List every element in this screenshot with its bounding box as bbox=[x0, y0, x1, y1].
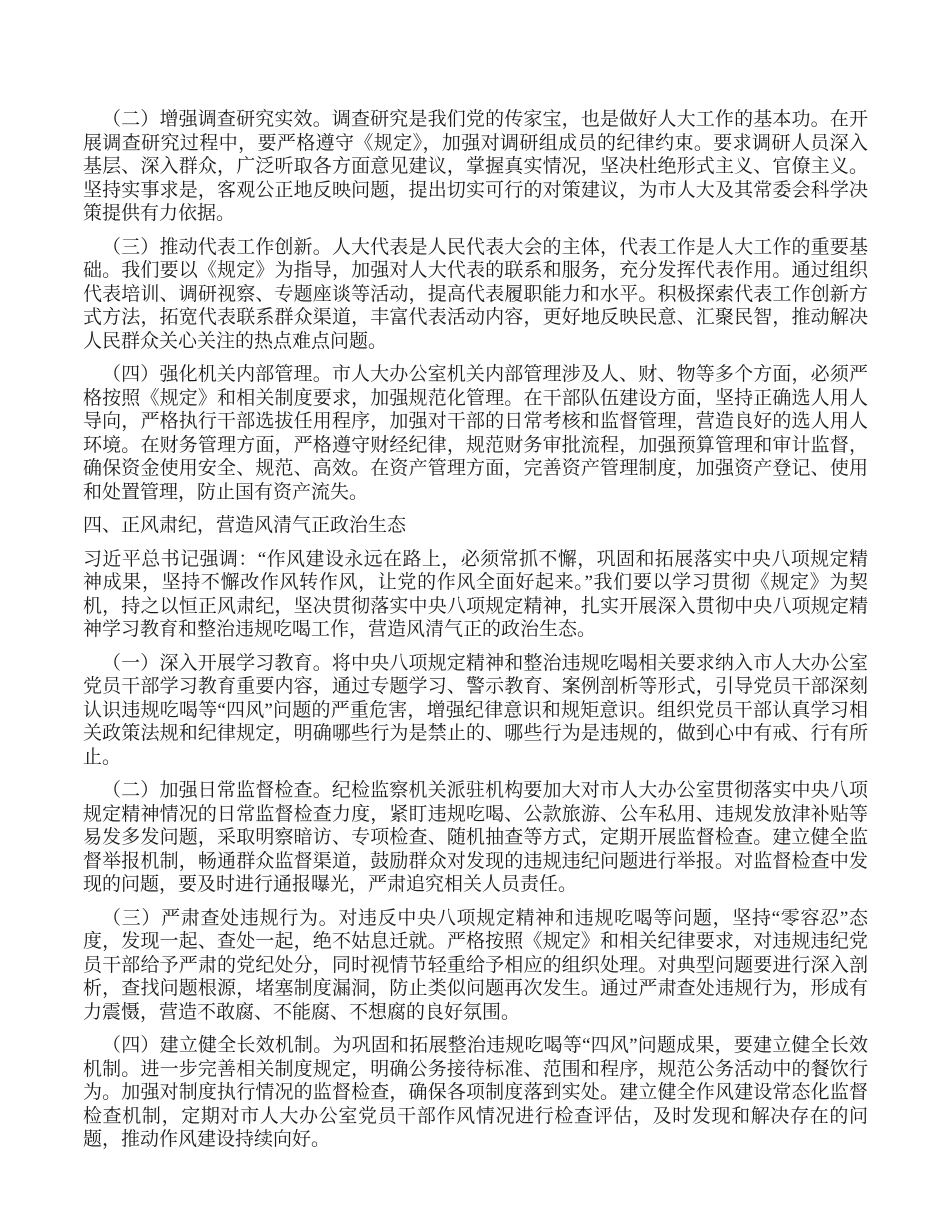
paragraph-investigate-violations: （三）严肃查处违规行为。对违反中央八项规定精神和违规吃喝等问题，坚持“零容忍”态… bbox=[83, 907, 868, 1025]
paragraph-discipline-intro: 习近平总书记强调：“作风建设永远在路上，必须常抓不懈，巩固和拓展落实中央八项规定… bbox=[83, 548, 868, 642]
paragraph-study-education: （一）深入开展学习教育。将中央八项规定精神和整治违规吃喝相关要求纳入市人大办公室… bbox=[83, 652, 868, 770]
paragraph-daily-supervision: （二）加强日常监督检查。纪检监察机关派驻机构要加大对市人大办公室贯彻落实中央八项… bbox=[83, 779, 868, 897]
paragraph-long-term-mechanism: （四）建立健全长效机制。为巩固和拓展整治违规吃喝等“四风”问题成果，要建立健全长… bbox=[83, 1034, 868, 1152]
section-heading-discipline: 四、正风肃纪，营造风清气正政治生态 bbox=[83, 514, 868, 538]
document-page: （二）增强调查研究实效。调查研究是我们党的传家宝，也是做好人大工作的基本功。在开… bbox=[0, 0, 950, 1230]
paragraph-strengthen-research: （二）增强调查研究实效。调查研究是我们党的传家宝，也是做好人大工作的基本功。在开… bbox=[83, 108, 868, 226]
paragraph-internal-management: （四）强化机关内部管理。市人大办公室机关内部管理涉及人、财、物等多个方面，必须严… bbox=[83, 363, 868, 504]
paragraph-deputy-work-innovation: （三）推动代表工作创新。人大代表是人民代表大会的主体，代表工作是人大工作的重要基… bbox=[83, 236, 868, 354]
